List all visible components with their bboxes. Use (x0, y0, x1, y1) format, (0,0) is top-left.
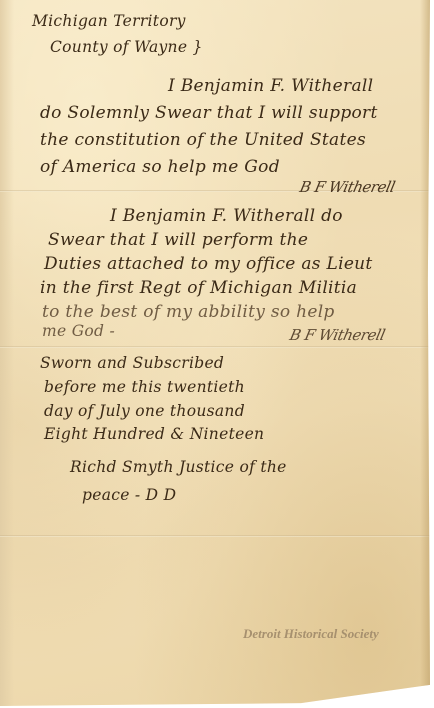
jurat-line: day of July one thousand (44, 402, 245, 420)
jurat-line: Sworn and Subscribed (40, 354, 224, 372)
justice-signature: Richd Smyth Justice of the (70, 458, 287, 476)
heading-county: County of Wayne } (50, 38, 203, 56)
office-oath-line: Duties attached to my office as Lieut (44, 254, 373, 274)
oath-line: the constitution of the United States (40, 130, 366, 150)
office-oath-line: Swear that I will perform the (48, 230, 308, 250)
fold-line (0, 535, 430, 537)
jurat-line: before me this twentieth (44, 378, 245, 396)
office-oath-line: I Benjamin F. Witherall do (110, 206, 343, 226)
signature-witherell-2: B F Witherell (288, 326, 386, 344)
document-page: Michigan Territory County of Wayne } I B… (0, 0, 430, 706)
office-oath-line: in the first Regt of Michigan Militia (40, 278, 357, 298)
fold-line (0, 346, 430, 348)
heading-territory: Michigan Territory (32, 12, 186, 30)
oath-line: of America so help me God (40, 157, 280, 177)
justice-title: peace - D D (82, 486, 176, 504)
watermark-detroit-historical-society: Detroit Historical Society (243, 626, 379, 642)
office-oath-line: to the best of my abbility so help (42, 302, 335, 322)
signature-witherell: B F Witherell (298, 178, 396, 196)
oath-line: do Solemnly Swear that I will support (40, 103, 378, 123)
jurat-line: Eight Hundred & Nineteen (44, 425, 264, 443)
oath-line: I Benjamin F. Witherall (168, 76, 373, 96)
office-oath-line: me God - (42, 322, 115, 340)
